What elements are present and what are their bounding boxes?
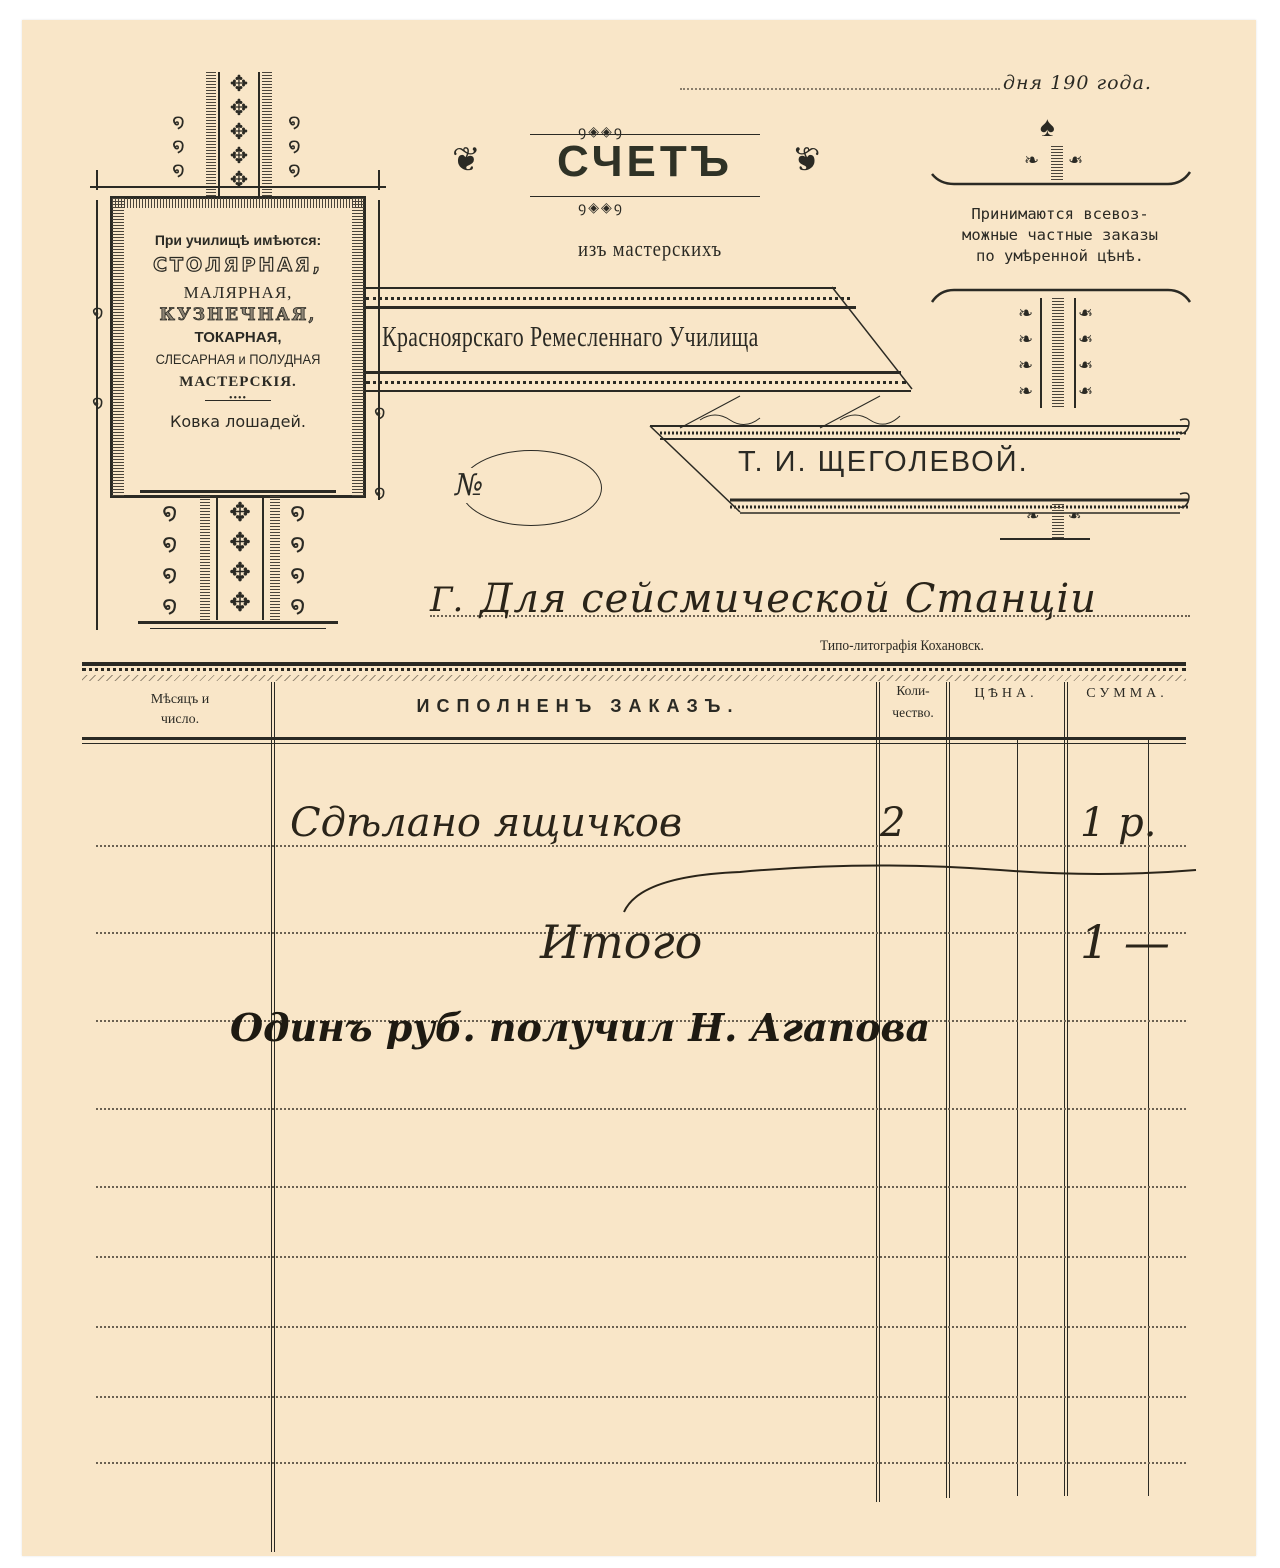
scroll-ornament-icon: ໑໑໑໑	[290, 498, 305, 622]
table-top-rule	[82, 662, 1186, 666]
col-header-date: Мѣсяцъ и число.	[90, 690, 270, 730]
frame-hatch-top	[112, 198, 364, 208]
table-top-dotted-rule	[82, 668, 1186, 671]
row1-sum-handwritten: 1 р.	[1080, 800, 1156, 846]
owner-name: Т. И. ЩЕГОЛЕВОЙ.	[738, 446, 1029, 479]
right-panel-bracket-top	[930, 170, 1192, 188]
leaf-ornament-icon: ❧❧❧❧	[1078, 300, 1093, 404]
date-line-text: дня 190 года.	[1003, 72, 1152, 94]
ornament-bar	[262, 496, 264, 620]
leaf-ornament-icon: ❧	[1068, 506, 1081, 526]
ornament-stem	[378, 200, 380, 500]
date-dotted-line	[680, 88, 1000, 90]
scroll-ornament-icon: ໑໑໑	[288, 110, 301, 182]
workshop-painting: МАЛЯРНАЯ,	[130, 283, 346, 303]
ornament-bar	[1074, 298, 1076, 408]
number-sign: №	[455, 468, 487, 503]
leaf-ornament-icon: ❧	[1024, 150, 1039, 171]
col-header-order: ИСПОЛНЕНЪ ЗАКАЗЪ.	[280, 696, 876, 716]
handwritten-flourish	[620, 856, 1200, 916]
ornament-hatch	[262, 72, 272, 196]
col-header-date-line1: Мѣсяцъ и	[90, 690, 270, 710]
banner-dotted-rule	[366, 297, 850, 300]
table-row-line	[96, 1462, 1186, 1464]
frame-hatch-left	[112, 198, 124, 496]
column-divider	[946, 682, 950, 1498]
table-header-rule	[82, 743, 1186, 744]
row1-qty-handwritten: 2	[880, 800, 905, 846]
total-sum-handwritten: 1 —	[1080, 915, 1170, 969]
addressee-prefix: Г.	[430, 580, 463, 620]
ornament-hatch	[200, 496, 210, 620]
addressee-handwritten: Для сейсмической Станціи	[480, 576, 1097, 622]
ornament-rule	[150, 628, 326, 629]
banner-rule	[366, 371, 901, 374]
leaf-ornament-icon: ❧	[1026, 506, 1039, 526]
column-divider	[271, 682, 275, 1552]
left-panel-heading: При училищѣ имѣются:	[130, 232, 346, 248]
separator-dots: ••••	[130, 393, 346, 404]
ornament-stem	[96, 200, 98, 630]
scroll-ornament-icon: ໑	[92, 390, 104, 414]
ornament-corner	[96, 170, 98, 190]
flower-ornament-icon: ✥✥✥✥✥	[222, 72, 256, 192]
ornament-rule	[90, 186, 386, 188]
ornament-rule	[138, 621, 338, 624]
banner-slant-edge	[830, 285, 920, 393]
ornament-rule	[1000, 538, 1090, 540]
table-row-line	[96, 1108, 1186, 1110]
table-header-rule	[82, 737, 1186, 740]
scroll-ornament-icon: ໑	[374, 480, 386, 504]
workshop-smithy: КУЗНЕЧНАЯ,	[130, 305, 346, 325]
invoice-title: СЧЕТЪ	[515, 137, 775, 187]
ornament-bar	[258, 72, 260, 196]
table-top-wavy-rule	[82, 675, 1186, 681]
right-panel-line-3: по умѣренной цѣнѣ.	[930, 246, 1190, 267]
col-header-qty: Коли- чество.	[880, 680, 946, 724]
title-rule-bottom	[530, 196, 760, 197]
banner-rule	[366, 287, 836, 289]
row1-order-handwritten: Сдѣлано ящичков	[290, 800, 682, 846]
scroll-ornament-icon: ໑໑໑	[172, 110, 185, 182]
banner-dotted-rule	[366, 381, 906, 384]
frame-hatch-right	[352, 198, 364, 496]
table-row-line	[96, 1396, 1186, 1398]
school-name: Красноярскаго Ремесленнаго Училища	[382, 322, 759, 354]
ornament-hatch	[1052, 298, 1064, 408]
workshops-label: МАСТЕРСКІЯ.	[130, 374, 346, 391]
leaf-ornament-icon: ❧❧❧❧	[1018, 300, 1033, 404]
col-header-qty-line2: чество.	[880, 702, 946, 724]
workshop-turning: ТОКАРНАЯ,	[130, 329, 346, 346]
table-row-line	[96, 1326, 1186, 1328]
horseshoeing-label: Ковка лошадей.	[130, 412, 346, 431]
scroll-ornament-icon: ໑	[92, 300, 104, 324]
workshop-carpentry: СТОЛЯРНАЯ,	[130, 254, 346, 276]
ornament-hatch	[206, 72, 216, 196]
bottom-flourish-icon: ꝯ◈◈ꝯ	[578, 198, 624, 217]
palmette-ornament-icon: ♠	[1040, 112, 1055, 144]
column-subdivider	[1017, 740, 1018, 1496]
scroll-ornament-icon: ໑	[374, 400, 386, 424]
invoice-subtitle: изъ мастерскихъ	[540, 236, 761, 262]
printer-credit: Типо-литографія Кохановск.	[820, 638, 984, 655]
workshop-locksmith-tinning: СЛЕСАРНАЯ и ПОЛУДНАЯ	[139, 351, 338, 367]
table-row-line	[96, 1256, 1186, 1258]
title-rule-top	[530, 134, 760, 135]
ornament-bar	[218, 72, 220, 196]
ornament-corner	[378, 170, 380, 190]
ornament-hatch	[270, 496, 280, 620]
right-panel-line-2: можные частные заказы	[930, 225, 1190, 246]
column-divider	[1064, 682, 1068, 1496]
col-header-qty-line1: Коли-	[880, 680, 946, 702]
scroll-flourish-left-icon: ❦	[452, 140, 481, 180]
leaf-ornament-icon: ❧	[1068, 150, 1083, 171]
col-header-sum: СУММА.	[1068, 684, 1186, 704]
banner-rule	[366, 306, 856, 309]
scroll-ornament-icon: ໑໑໑໑	[162, 498, 177, 622]
column-subdivider	[1148, 740, 1149, 1496]
flower-ornament-icon: ✥✥✥✥	[222, 498, 258, 618]
col-header-date-line2: число.	[90, 710, 270, 730]
receipt-note-handwritten: Одинъ руб. получил Н. Агапова	[230, 1005, 930, 1050]
col-header-price: ЦѢНА.	[950, 684, 1062, 704]
ornament-hatch	[1052, 504, 1064, 538]
total-label-handwritten: Итого	[540, 915, 702, 969]
right-panel-line-1: Принимаются всевоз-	[930, 204, 1190, 225]
ornament-bar	[216, 496, 218, 620]
table-row-line	[96, 1186, 1186, 1188]
scroll-flourish-right-icon: ❦	[792, 140, 821, 180]
ornament-bar	[1040, 298, 1042, 408]
left-panel-rule	[140, 490, 336, 493]
